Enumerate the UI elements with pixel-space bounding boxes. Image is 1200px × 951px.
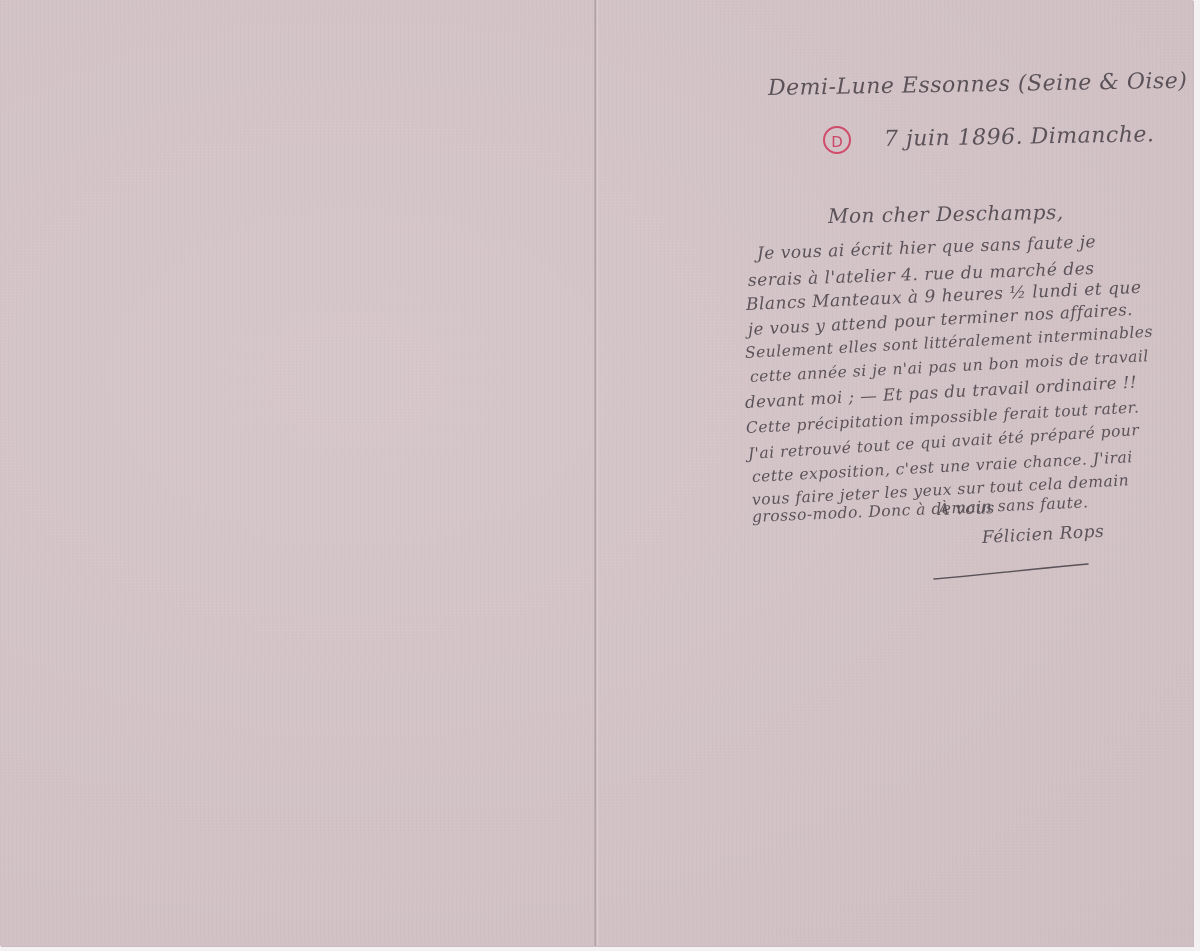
signature-flourish [932,562,1090,582]
salutation: Mon cher Deschamps, [828,200,1064,228]
closing: À vous [938,498,995,519]
archive-stamp-d: D [823,126,851,154]
letter-sheet: Demi-Lune Essonnes (Seine & Oise) D 7 ju… [0,0,1193,946]
header-date: 7 juin 1896. Dimanche. [884,122,1155,152]
left-page-blank [0,0,596,946]
